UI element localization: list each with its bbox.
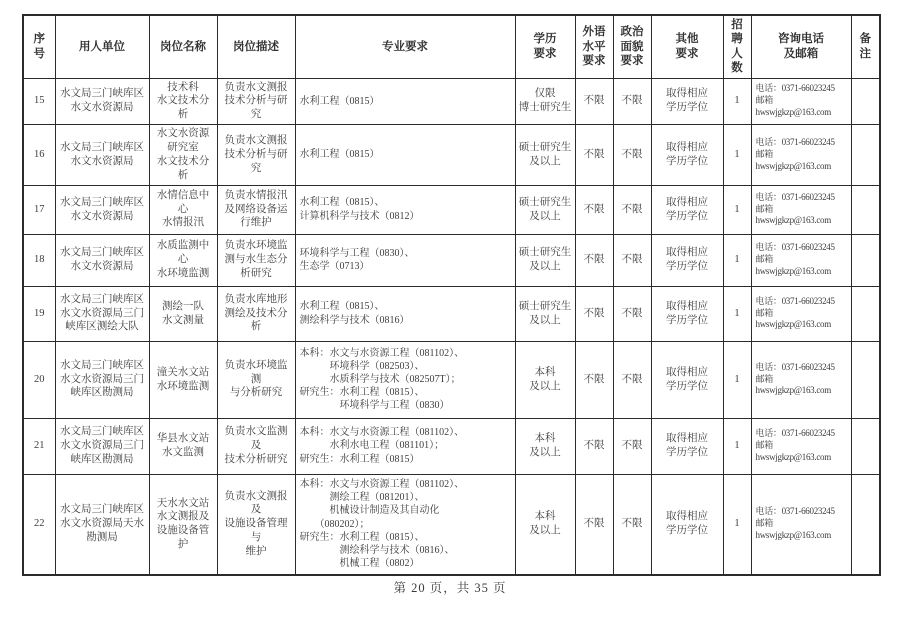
cell-foreign_language: 不限 [575, 474, 613, 575]
cell-position: 水情信息中心 水情报汛 [149, 185, 217, 234]
cell-headcount: 1 [723, 234, 751, 286]
cell-position: 技术科 水文技术分析 [149, 78, 217, 125]
cell-education: 本科 及以上 [515, 341, 575, 418]
column-header-no: 序 号 [23, 15, 55, 78]
cell-headcount: 1 [723, 78, 751, 125]
table-body: 15水文局三门峡库区水文水资源局技术科 水文技术分析负责水文测报技术分析与研究水… [23, 78, 880, 575]
cell-headcount: 1 [723, 185, 751, 234]
cell-political_status: 不限 [613, 185, 651, 234]
cell-major: 水利工程（0815）、 计算机科学与技术（0812） [295, 185, 515, 234]
cell-major: 水利工程（0815） [295, 125, 515, 185]
column-header-headcount: 招聘 人数 [723, 15, 751, 78]
cell-other: 取得相应 学历学位 [651, 418, 723, 474]
cell-remark [851, 286, 880, 341]
cell-other: 取得相应 学历学位 [651, 286, 723, 341]
table-header-row: 序 号用人单位岗位名称岗位描述专业要求学历 要求外语 水平 要求政治 面貌 要求… [23, 15, 880, 78]
cell-education: 硕士研究生 及以上 [515, 185, 575, 234]
column-header-contact: 咨询电话 及邮箱 [751, 15, 851, 78]
cell-employer: 水文局三门峡库区水文水资源局三门峡库区测绘大队 [55, 286, 149, 341]
cell-education: 硕士研究生 及以上 [515, 234, 575, 286]
column-header-major: 专业要求 [295, 15, 515, 78]
cell-other: 取得相应 学历学位 [651, 341, 723, 418]
table-row: 16水文局三门峡库区水文水资源局水文水资源 研究室 水文技术分析负责水文测报技术… [23, 125, 880, 185]
cell-contact: 电话：0371-66023245 邮箱 hwswjgkzp@163.com [751, 418, 851, 474]
cell-no: 21 [23, 418, 55, 474]
cell-other: 取得相应 学历学位 [651, 234, 723, 286]
cell-foreign_language: 不限 [575, 341, 613, 418]
page-number-footer: 第 20 页，共 35 页 [0, 578, 900, 596]
cell-remark [851, 341, 880, 418]
column-header-political_status: 政治 面貌 要求 [613, 15, 651, 78]
table-row: 21水文局三门峡库区水文水资源局三门峡库区勘测局华县水文站 水文监测负责水文监测… [23, 418, 880, 474]
cell-remark [851, 234, 880, 286]
column-header-other: 其他 要求 [651, 15, 723, 78]
cell-headcount: 1 [723, 474, 751, 575]
cell-major: 水利工程（0815）、 测绘科学与技术（0816） [295, 286, 515, 341]
cell-description: 负责水文监测及 技术分析研究 [217, 418, 295, 474]
cell-contact: 电话：0371-66023245 邮箱 hwswjgkzp@163.com [751, 185, 851, 234]
cell-position: 水质监测中心 水环境监测 [149, 234, 217, 286]
cell-political_status: 不限 [613, 474, 651, 575]
cell-employer: 水文局三门峡库区水文水资源局三门峡库区勘测局 [55, 418, 149, 474]
cell-description: 负责水库地形测绘及技术分析 [217, 286, 295, 341]
cell-political_status: 不限 [613, 341, 651, 418]
cell-political_status: 不限 [613, 418, 651, 474]
cell-major: 水利工程（0815） [295, 78, 515, 125]
cell-foreign_language: 不限 [575, 234, 613, 286]
cell-other: 取得相应 学历学位 [651, 78, 723, 125]
column-header-employer: 用人单位 [55, 15, 149, 78]
cell-contact: 电话：0371-66023245 邮箱 hwswjgkzp@163.com [751, 286, 851, 341]
cell-education: 硕士研究生 及以上 [515, 125, 575, 185]
table-row: 19水文局三门峡库区水文水资源局三门峡库区测绘大队测绘一队 水文测量负责水库地形… [23, 286, 880, 341]
cell-political_status: 不限 [613, 286, 651, 341]
cell-remark [851, 125, 880, 185]
cell-remark [851, 418, 880, 474]
column-header-description: 岗位描述 [217, 15, 295, 78]
cell-no: 17 [23, 185, 55, 234]
cell-position: 水文水资源 研究室 水文技术分析 [149, 125, 217, 185]
cell-major: 本科：水文与水资源工程（081102）、 水利水电工程（081101）； 研究生… [295, 418, 515, 474]
cell-education: 仅限 博士研究生 [515, 78, 575, 125]
cell-position: 天水水文站 水文测报及设施设备管护 [149, 474, 217, 575]
cell-headcount: 1 [723, 418, 751, 474]
cell-no: 15 [23, 78, 55, 125]
table-row: 15水文局三门峡库区水文水资源局技术科 水文技术分析负责水文测报技术分析与研究水… [23, 78, 880, 125]
table-row: 18水文局三门峡库区水文水资源局水质监测中心 水环境监测负责水环境监测与水生态分… [23, 234, 880, 286]
cell-headcount: 1 [723, 341, 751, 418]
cell-political_status: 不限 [613, 125, 651, 185]
cell-employer: 水文局三门峡库区水文水资源局 [55, 185, 149, 234]
cell-contact: 电话：0371-66023245 邮箱 hwswjgkzp@163.com [751, 234, 851, 286]
cell-employer: 水文局三门峡库区水文水资源局 [55, 125, 149, 185]
column-header-remark: 备 注 [851, 15, 880, 78]
cell-remark [851, 78, 880, 125]
cell-contact: 电话：0371-66023245 邮箱 hwswjgkzp@163.com [751, 125, 851, 185]
cell-description: 负责水环境监测与水生态分析研究 [217, 234, 295, 286]
cell-contact: 电话：0371-66023245 邮箱 hwswjgkzp@163.com [751, 78, 851, 125]
cell-headcount: 1 [723, 286, 751, 341]
cell-remark [851, 185, 880, 234]
table-row: 17水文局三门峡库区水文水资源局水情信息中心 水情报汛负责水情报汛及网络设备运行… [23, 185, 880, 234]
cell-education: 本科 及以上 [515, 418, 575, 474]
cell-no: 19 [23, 286, 55, 341]
cell-description: 负责水情报汛及网络设备运行维护 [217, 185, 295, 234]
cell-major: 环境科学与工程（0830）、 生态学（0713） [295, 234, 515, 286]
cell-description: 负责水文测报技术分析与研究 [217, 78, 295, 125]
cell-other: 取得相应 学历学位 [651, 474, 723, 575]
cell-education: 本科 及以上 [515, 474, 575, 575]
column-header-foreign_language: 外语 水平 要求 [575, 15, 613, 78]
cell-other: 取得相应 学历学位 [651, 185, 723, 234]
cell-education: 硕士研究生 及以上 [515, 286, 575, 341]
cell-position: 华县水文站 水文监测 [149, 418, 217, 474]
cell-position: 测绘一队 水文测量 [149, 286, 217, 341]
cell-headcount: 1 [723, 125, 751, 185]
cell-foreign_language: 不限 [575, 78, 613, 125]
table-row: 20水文局三门峡库区水文水资源局三门峡库区勘测局潼关水文站 水环境监测负责水环境… [23, 341, 880, 418]
cell-foreign_language: 不限 [575, 418, 613, 474]
document-page: 序 号用人单位岗位名称岗位描述专业要求学历 要求外语 水平 要求政治 面貌 要求… [0, 0, 900, 636]
table-row: 22水文局三门峡库区水文水资源局天水勘测局天水水文站 水文测报及设施设备管护负责… [23, 474, 880, 575]
cell-major: 本科：水文与水资源工程（081102）、 环境科学（082503）、 水质科学与… [295, 341, 515, 418]
cell-other: 取得相应 学历学位 [651, 125, 723, 185]
column-header-position: 岗位名称 [149, 15, 217, 78]
cell-no: 20 [23, 341, 55, 418]
cell-major: 本科：水文与水资源工程（081102）、 测绘工程（081201）、 机械设计制… [295, 474, 515, 575]
cell-description: 负责水文测报及 设施设备管理与 维护 [217, 474, 295, 575]
cell-position: 潼关水文站 水环境监测 [149, 341, 217, 418]
cell-no: 18 [23, 234, 55, 286]
cell-employer: 水文局三门峡库区水文水资源局 [55, 78, 149, 125]
cell-contact: 电话：0371-66023245 邮箱 hwswjgkzp@163.com [751, 474, 851, 575]
cell-employer: 水文局三门峡库区水文水资源局天水勘测局 [55, 474, 149, 575]
cell-employer: 水文局三门峡库区水文水资源局 [55, 234, 149, 286]
cell-employer: 水文局三门峡库区水文水资源局三门峡库区勘测局 [55, 341, 149, 418]
recruitment-table: 序 号用人单位岗位名称岗位描述专业要求学历 要求外语 水平 要求政治 面貌 要求… [22, 14, 881, 576]
cell-description: 负责水环境监测 与分析研究 [217, 341, 295, 418]
cell-no: 22 [23, 474, 55, 575]
cell-description: 负责水文测报技术分析与研究 [217, 125, 295, 185]
cell-political_status: 不限 [613, 78, 651, 125]
column-header-education: 学历 要求 [515, 15, 575, 78]
cell-remark [851, 474, 880, 575]
cell-no: 16 [23, 125, 55, 185]
cell-foreign_language: 不限 [575, 185, 613, 234]
cell-foreign_language: 不限 [575, 286, 613, 341]
cell-foreign_language: 不限 [575, 125, 613, 185]
cell-political_status: 不限 [613, 234, 651, 286]
cell-contact: 电话：0371-66023245 邮箱 hwswjgkzp@163.com [751, 341, 851, 418]
